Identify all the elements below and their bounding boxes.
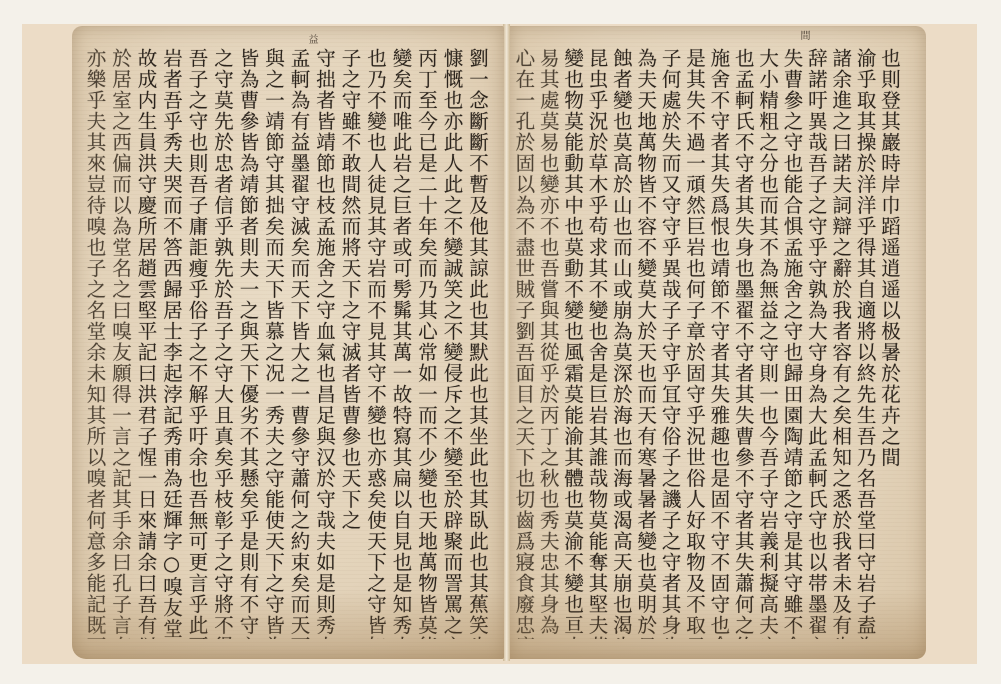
text-column: 於居室之西偏而以為堂名之曰嗅友願得一言之記其手余曰孔子言有朋自遠方來 bbox=[108, 48, 134, 639]
marginal-annotation: 間 bbox=[796, 30, 811, 40]
text-column: 劉一念斷斷不暫及他其諒此也其默此也其坐此也其臥此也其蕉笑也亦此也其 bbox=[465, 48, 491, 639]
text-column: 是其失不過一頑然巨岩也何子章於固守乎況世俗人好取物及不取子之一頑然巨岩 bbox=[683, 48, 707, 639]
text-column: 岩者吾乎秀夫哭而不答西歸居士李起浡記秀甫為廷輝字○嗅友堂在玉田村田里 bbox=[159, 48, 185, 639]
text-column: 也乃不變也人徒見其守岩而不見其守不變也亦惑矣使天下之守皆如秀夫則秦 bbox=[363, 48, 389, 639]
text-column: 心在一孔於固以為不盡世賊子劉吾面目之天下也切齒爲寢食廢忠腐心爲時日罵 bbox=[512, 48, 536, 639]
text-column: 子之守雖不敢間然而將天下之守滅者皆曹參也天下之 bbox=[337, 48, 363, 639]
text-column: 慷慨也亦此人此之不變誠笑之不變侵斥之不變至於辟聚而詈罵之亦不變也自 bbox=[439, 48, 465, 639]
text-column: 子何處於失而又守守乎異哉子子守乎冝守俗子之譏子之守者其身也昧然免岩 bbox=[658, 48, 682, 639]
text-column: 也則登其巖時岸巾蹈遥逍遥以极暑於花卉之間 bbox=[878, 48, 902, 639]
text-column: 孟軻為有益墨翟守滅矣而天下皆大之一曹參守蕭何之約束矣而天下皆 bbox=[286, 48, 312, 639]
text-column: 吾子之守也則吾子庸詎瘦乎俗子之不解乎吁余也吾無可更言乎此可能汶守 bbox=[184, 48, 210, 639]
text-column: 諸余進之曰諾夫詞辯之辭於我者容有之矣相知之悉於我者未及有也我其冝 bbox=[829, 48, 853, 639]
marginal-annotation: 益 bbox=[304, 34, 319, 44]
text-column: 渝乎取其操於洋洋乎得其自適將以終先生吾乃名吾堂曰守岩子盍為我記 bbox=[853, 48, 877, 639]
center-fold bbox=[503, 24, 510, 661]
text-column: 變矣而唯此岩之巨者或可髣髴其萬一故特寫其扁以自見也是知秀夫之守岩 bbox=[388, 48, 414, 639]
text-column: 施舍不守者其失爲恨也靖節不守者其失雅趣也是固不守不固守也今吾子不守者 bbox=[707, 48, 731, 639]
manuscript-page-right: 也則登其巖時岸巾蹈遥逍遥以极暑於花卉之間 渝乎取其操於洋洋乎得其自適將以終先生吾… bbox=[508, 26, 926, 659]
text-column: 易其處莫易也變亦不也吾嘗與其從乎於丙丁之秋也秀夫忠其身為一人 bbox=[536, 48, 560, 639]
text-column: 昆虫乎況於草木乎苟求其不變也舍是巨岩其誰哉物莫能奪其堅夫莫奪 bbox=[585, 48, 609, 639]
text-column: 辞諾吁異哉吾子之守乎守孰為大守身為大此孟軻氏守也以帯墨翟之守也 bbox=[805, 48, 829, 639]
text-columns-left: 劉一念斷斷不暫及他其諒此也其默此也其坐此也其臥此也其蕉笑也亦此也其 慷慨也亦此人… bbox=[82, 48, 490, 639]
text-column: 失曹參之守也能合惧孟施舍之守也歸田園陶靖節之守是其守雖不合內外若 bbox=[780, 48, 804, 639]
text-column: 為夫天地萬物皆不容不變莫大於天也而天有寒暑暑者變也莫明於日月也而日月 bbox=[634, 48, 658, 639]
text-column: 也孟軻氏不守者其失身也墨翟不守者其失曹參不守者其失蕭何之約束也孟 bbox=[731, 48, 755, 639]
text-column: 之守莫先於忠者信乎孰先於吾子之守大且真矣乎枝彰子之守將不得不包乎 bbox=[210, 48, 236, 639]
text-column: 皆為曹參皆為靖節者則夫一之與天下優劣不其懸矣乎是則有不守之失守 bbox=[235, 48, 261, 639]
text-columns-right: 也則登其巖時岸巾蹈遥逍遥以极暑於花卉之間 渝乎取其操於洋洋乎得其自適將以終先生吾… bbox=[512, 48, 902, 639]
text-column: 亦樂乎夫其來豈待嗅也子之名堂余未知其所以嗅者何意多能記既而思之詩之彼不 bbox=[82, 48, 108, 639]
text-column: 蝕者變也莫高於山也而山或崩為莫深於海也而海或渴高天崩也渴也亦變也况於 bbox=[610, 48, 634, 639]
text-column: 守拙者皆靖節也枝孟施舍之守血氣也昌足與汉於守哉夫如是則秀夫之守為 bbox=[312, 48, 338, 639]
text-column: 故成内生員洪守慶所居趙雲堅平記曰洪君子惺一日來請余曰吾有以以間余連揖 bbox=[133, 48, 159, 639]
text-column: 變也物莫能動其中也莫動不變也風霜莫能渝其體也莫渝不變也亘古今而能 bbox=[561, 48, 585, 639]
interlinear-annotation: 子 bbox=[611, 476, 626, 486]
text-column: 與之一靖節守其拙矣而天下皆慕之况一秀夫之守能使天下之守皆為墨翟 bbox=[261, 48, 287, 639]
manuscript-page-left: 劉一念斷斷不暫及他其諒此也其默此也其坐此也其臥此也其蕉笑也亦此也其 慷慨也亦此人… bbox=[72, 26, 504, 659]
text-column: 丙丁至今已是二十年矣而乃其心常如一而不少變也天地萬物皆莫能奪髮鬢不 bbox=[414, 48, 440, 639]
text-column: 大小精粗之分也而其不為無益之守則一也今吾子守岩義利擬高夫守出於處其失 bbox=[756, 48, 780, 639]
